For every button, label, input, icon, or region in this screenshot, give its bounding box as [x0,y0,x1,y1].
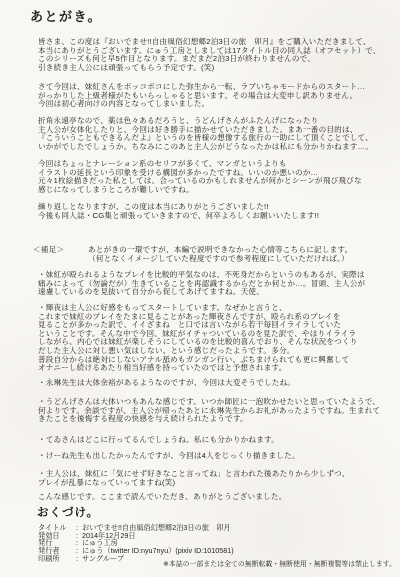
note-item: ・うどんげさんは大体いつもあんな感じです。いつか師匠に一泡吹かせたいと思っていた… [38,398,380,424]
text-line: ・てゐさんはどこに行ってるんでしょうね。私にも分かりかねます。 [38,436,279,445]
note-item: ・輝夜は主人公に好感をもってスタートしています。なぜかと言うと、 これまで妹紅の… [38,304,358,373]
text-line: オナニーし続けるあたり相当好感を持っていたのではと予想されます。 [38,364,358,373]
afterword-page: あとがき。 皆さま、この度は『おいでませ!!自由風俗幻想郷2泊3日の旅 卯月』を… [0,0,400,577]
supplement-note: ＜補足＞ あとがきの一環ですが、本編で説明できなかった心情等こちらに記します。 … [33,246,352,263]
colophon-heading: おくづけ。 [37,504,99,520]
supplement-text: あとがきの一環ですが、本編で説明できなかった心情等こちらに記します。 （何となく… [88,246,352,263]
text-line: 引き続き主人公には頑張ってもらう予定です。(笑) [38,64,381,73]
note-item: ・主人公は、妹紅に「気にせず好きなこと言ってね」と言われた後あたりから少しずつ、… [38,470,349,487]
text-line: ・永琳先生は大体余裕があるようなのですが、今回は大変そうでしたね。 [38,379,295,388]
colophon-label: 印刷所 [38,555,76,563]
note-item: ・てゐさんはどこに行ってるんでしょうね。私にも分かりかねます。 [38,436,279,445]
page-title: あとがき。 [30,6,102,25]
text-line: いかがでしたでしょうか。ちなみにこのあと主人公がどうなったかは私にも分かりかねま… [38,143,373,152]
text-line: ・けーね先生も出したかったんですが、今回は4人をじっくり描きました。 [38,452,300,461]
text-line: きたことを後悔する程度の快感を与え続けられたようです。 [38,415,380,424]
copyright-notice: ※本誌の一部または全ての無断転載・無断使用・無断複製等は禁止します。 [163,558,396,568]
paragraph: 皆さま、この度は『おいでませ!!自由風俗幻想郷2泊3日の旅 卯月』をご購入いただ… [38,38,381,72]
text-line: 今後も同人誌・CG集と頑張っていきますので、何卒よろしくお願いいたします!! [38,212,319,221]
text-line: 今回は初心者向けの内容となってしまいました。 [38,100,365,109]
text-line: プレイが乱暴になっていってますね(笑) [38,479,349,488]
colophon-value: サングループ [82,555,124,563]
note-item: ・妹紅が殴られるようなプレイを比較的平気なのは、不死身だからというのもあるが、実… [38,271,365,297]
paragraph: さて今回は、妹紅さんをボッコボコにした弥生から一転、ラブいちゃモードからのスター… [38,83,365,109]
colophon-row: タイトル : おいでませ!!自由風俗幻想郷2泊3日の旅 卯月 [38,524,234,532]
text-line: 遠慮しているのを見抜いて自分から促してあげてますね。天使。 [38,288,365,297]
closing-line: こんな感じです。ここまで読んでいただき、ありがとうございました。 [38,493,286,502]
paragraph: 繰り返しとなりますが、この度は本当にありがとうございました!! 今後も同人誌・C… [38,203,319,220]
paragraph: 今回はちょっとナレーション系のセリフが多くて、マンガというよりも イラストの延長… [38,160,362,194]
colophon-row: 発行者 : にゅう（twitter ID:nyu7nyu）(pixiv ID:1… [38,547,234,555]
text-line: こんな感じです。ここまで読んでいただき、ありがとうございました。 [38,493,286,502]
note-item: ・けーね先生も出したかったんですが、今回は4人をじっくり描きました。 [38,452,300,461]
colophon-row: 発効日 : 2014年12月29日 [38,532,234,540]
text-line: 感じになってしまうところが難しいですね。 [38,186,362,195]
paragraph: 折角永遠亭なので、薬は色々あるだろうと、うどんげさんがふたんげになったり 主人公… [38,117,373,151]
note-item: ・永琳先生は大体余裕があるようなのですが、今回は大変そうでしたね。 [38,379,295,388]
text-line: （何となくイメージしていた程度ですので参考程度にしていただければ。） [88,255,352,264]
colophon: タイトル : おいでませ!!自由風俗幻想郷2泊3日の旅 卯月 発効日 : 201… [38,524,234,563]
supplement-label: ＜補足＞ [33,246,88,263]
